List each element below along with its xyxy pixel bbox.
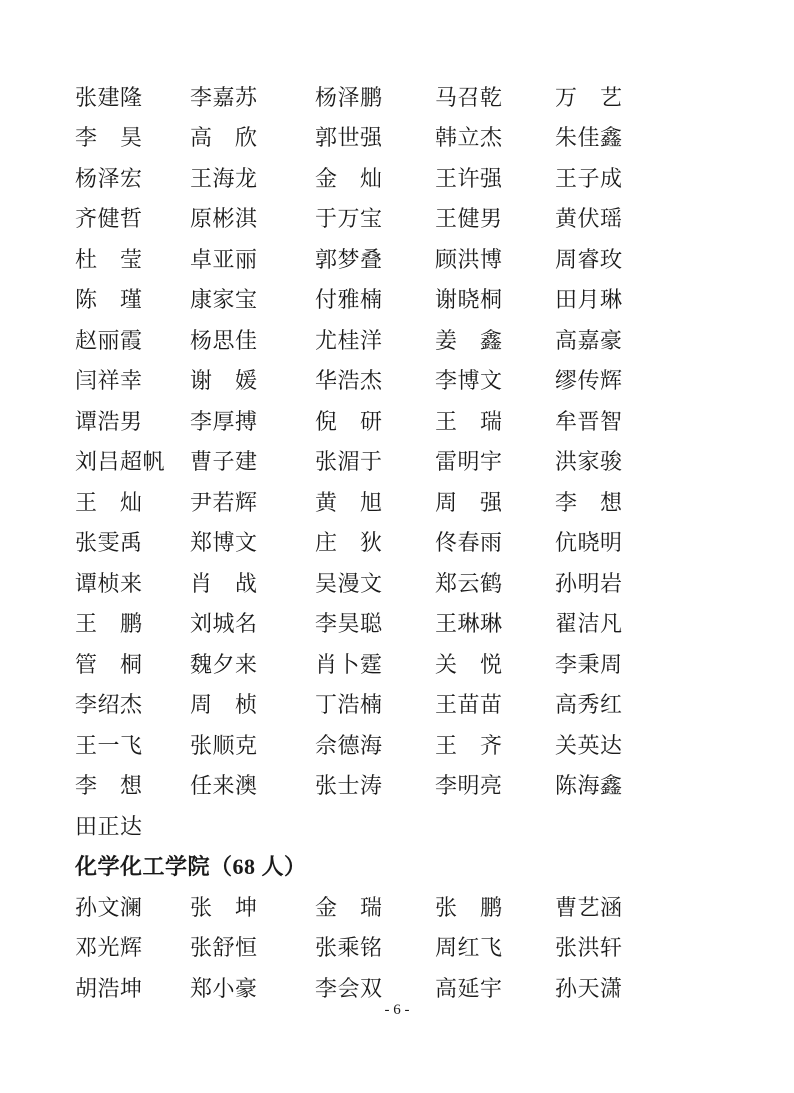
person-name: 谢晓桐 — [435, 283, 555, 314]
person-name: 李 昊 — [75, 121, 190, 152]
person-name: 韩立杰 — [435, 121, 555, 152]
name-row: 刘吕超帆曹子建张湄于雷明宇洪家骏 — [75, 441, 735, 482]
person-name: 金 瑞 — [315, 891, 435, 922]
person-name: 闫祥幸 — [75, 364, 190, 395]
name-row: 杨泽宏王海龙金 灿王许强王子成 — [75, 157, 735, 198]
name-row: 张建隆李嘉苏杨泽鹏马召乾万 艺 — [75, 76, 735, 117]
person-name: 高秀红 — [555, 688, 670, 719]
person-name: 华浩杰 — [315, 364, 435, 395]
person-name: 吴漫文 — [315, 567, 435, 598]
person-name: 王琳琳 — [435, 607, 555, 638]
name-row: 赵丽霞杨思佳尤桂洋姜 鑫高嘉豪 — [75, 319, 735, 360]
person-name: 魏夕来 — [190, 648, 315, 679]
name-row: 齐健哲原彬淇于万宝王健男黄伏瑶 — [75, 198, 735, 239]
name-row: 李 昊高 欣郭世强韩立杰朱佳鑫 — [75, 117, 735, 158]
person-name: 曹子建 — [190, 445, 315, 476]
name-row: 田正达 — [75, 805, 735, 846]
person-name: 周睿玫 — [555, 243, 670, 274]
person-name: 李绍杰 — [75, 688, 190, 719]
person-name: 朱佳鑫 — [555, 121, 670, 152]
person-name: 张雯禹 — [75, 526, 190, 557]
person-name: 陈 瑾 — [75, 283, 190, 314]
person-name: 张湄于 — [315, 445, 435, 476]
person-name: 谢 媛 — [190, 364, 315, 395]
document-content: 张建隆李嘉苏杨泽鹏马召乾万 艺李 昊高 欣郭世强韩立杰朱佳鑫杨泽宏王海龙金 灿王… — [75, 76, 735, 1008]
person-name: 孙天潇 — [555, 972, 670, 1003]
person-name: 胡浩坤 — [75, 972, 190, 1003]
name-row: 王一飞张顺克佘德海王 齐关英达 — [75, 724, 735, 765]
person-name: 姜 鑫 — [435, 324, 555, 355]
person-name: 王健男 — [435, 202, 555, 233]
person-name: 翟洁凡 — [555, 607, 670, 638]
person-name: 洪家骏 — [555, 445, 670, 476]
person-name: 王一飞 — [75, 729, 190, 760]
person-name: 张洪轩 — [555, 931, 670, 962]
person-name: 李会双 — [315, 972, 435, 1003]
person-name: 雷明宇 — [435, 445, 555, 476]
person-name: 张舒恒 — [190, 931, 315, 962]
person-name: 王 灿 — [75, 486, 190, 517]
name-row: 闫祥幸谢 媛华浩杰李博文缪传辉 — [75, 360, 735, 401]
person-name: 康家宝 — [190, 283, 315, 314]
person-name: 孙文澜 — [75, 891, 190, 922]
name-row: 邓光辉张舒恒张乘铭周红飞张洪轩 — [75, 927, 735, 968]
person-name: 关 悦 — [435, 648, 555, 679]
person-name: 金 灿 — [315, 162, 435, 193]
person-name: 王许强 — [435, 162, 555, 193]
person-name: 佘德海 — [315, 729, 435, 760]
person-name: 丁浩楠 — [315, 688, 435, 719]
document-page: 张建隆李嘉苏杨泽鹏马召乾万 艺李 昊高 欣郭世强韩立杰朱佳鑫杨泽宏王海龙金 灿王… — [0, 0, 794, 1093]
person-name: 张顺克 — [190, 729, 315, 760]
person-name: 陈海鑫 — [555, 769, 670, 800]
person-name: 王 鹏 — [75, 607, 190, 638]
person-name: 伉晓明 — [555, 526, 670, 557]
person-name: 刘城名 — [190, 607, 315, 638]
person-name: 王苗苗 — [435, 688, 555, 719]
person-name: 王子成 — [555, 162, 670, 193]
person-name: 王海龙 — [190, 162, 315, 193]
person-name: 刘吕超帆 — [75, 445, 190, 476]
person-name: 庄 狄 — [315, 526, 435, 557]
person-name: 高 欣 — [190, 121, 315, 152]
person-name: 曹艺涵 — [555, 891, 670, 922]
name-row: 谭浩男李厚搏倪 研王 瑞牟晋智 — [75, 400, 735, 441]
person-name: 田月琳 — [555, 283, 670, 314]
person-name: 张建隆 — [75, 81, 190, 112]
person-name: 关英达 — [555, 729, 670, 760]
person-name: 郭世强 — [315, 121, 435, 152]
person-name: 王 瑞 — [435, 405, 555, 436]
person-name: 李 想 — [555, 486, 670, 517]
person-name: 李博文 — [435, 364, 555, 395]
person-name: 周 桢 — [190, 688, 315, 719]
person-name: 尤桂洋 — [315, 324, 435, 355]
name-rows-top: 张建隆李嘉苏杨泽鹏马召乾万 艺李 昊高 欣郭世强韩立杰朱佳鑫杨泽宏王海龙金 灿王… — [75, 76, 735, 846]
person-name: 张 坤 — [190, 891, 315, 922]
person-name: 管 桐 — [75, 648, 190, 679]
person-name: 张 鹏 — [435, 891, 555, 922]
person-name: 李秉周 — [555, 648, 670, 679]
name-row: 陈 瑾康家宝付雅楠谢晓桐田月琳 — [75, 279, 735, 320]
person-name: 李昊聪 — [315, 607, 435, 638]
person-name: 邓光辉 — [75, 931, 190, 962]
person-name: 郑小豪 — [190, 972, 315, 1003]
person-name: 齐健哲 — [75, 202, 190, 233]
person-name: 郑博文 — [190, 526, 315, 557]
section-header: 化学化工学院（68 人） — [75, 850, 307, 881]
person-name: 郑云鹤 — [435, 567, 555, 598]
page-number: - 6 - — [0, 1002, 794, 1019]
person-name: 赵丽霞 — [75, 324, 190, 355]
person-name: 付雅楠 — [315, 283, 435, 314]
person-name: 杨泽宏 — [75, 162, 190, 193]
person-name: 黄 旭 — [315, 486, 435, 517]
person-name: 马召乾 — [435, 81, 555, 112]
person-name: 周 强 — [435, 486, 555, 517]
person-name: 牟晋智 — [555, 405, 670, 436]
person-name: 杜 莹 — [75, 243, 190, 274]
name-row: 谭桢来肖 战吴漫文郑云鹤孙明岩 — [75, 562, 735, 603]
person-name: 谭浩男 — [75, 405, 190, 436]
person-name: 张乘铭 — [315, 931, 435, 962]
person-name: 肖 战 — [190, 567, 315, 598]
person-name: 万 艺 — [555, 81, 670, 112]
name-row: 李 想任来澳张士涛李明亮陈海鑫 — [75, 765, 735, 806]
name-row: 王 鹏刘城名李昊聪王琳琳翟洁凡 — [75, 603, 735, 644]
person-name: 高延宇 — [435, 972, 555, 1003]
person-name: 顾洪博 — [435, 243, 555, 274]
person-name: 李嘉苏 — [190, 81, 315, 112]
name-rows-section: 孙文澜张 坤金 瑞张 鹏曹艺涵邓光辉张舒恒张乘铭周红飞张洪轩胡浩坤郑小豪李会双高… — [75, 886, 735, 1008]
person-name: 李厚搏 — [190, 405, 315, 436]
person-name: 张士涛 — [315, 769, 435, 800]
name-row: 李绍杰周 桢丁浩楠王苗苗高秀红 — [75, 684, 735, 725]
person-name: 孙明岩 — [555, 567, 670, 598]
name-row: 孙文澜张 坤金 瑞张 鹏曹艺涵 — [75, 886, 735, 927]
person-name: 高嘉豪 — [555, 324, 670, 355]
person-name: 杨泽鹏 — [315, 81, 435, 112]
section-header-row: 化学化工学院（68 人） — [75, 846, 735, 887]
person-name: 周红飞 — [435, 931, 555, 962]
person-name: 佟春雨 — [435, 526, 555, 557]
name-row: 王 灿尹若辉黄 旭周 强李 想 — [75, 481, 735, 522]
person-name: 倪 研 — [315, 405, 435, 436]
person-name: 黄伏瑶 — [555, 202, 670, 233]
person-name: 王 齐 — [435, 729, 555, 760]
person-name: 谭桢来 — [75, 567, 190, 598]
person-name: 尹若辉 — [190, 486, 315, 517]
person-name: 郭梦叠 — [315, 243, 435, 274]
person-name: 任来澳 — [190, 769, 315, 800]
person-name: 缪传辉 — [555, 364, 670, 395]
person-name: 肖卜霆 — [315, 648, 435, 679]
person-name: 杨思佳 — [190, 324, 315, 355]
name-row: 杜 莹卓亚丽郭梦叠顾洪博周睿玫 — [75, 238, 735, 279]
person-name: 李明亮 — [435, 769, 555, 800]
name-row: 管 桐魏夕来肖卜霆关 悦李秉周 — [75, 643, 735, 684]
person-name: 田正达 — [75, 810, 190, 841]
person-name: 原彬淇 — [190, 202, 315, 233]
person-name: 李 想 — [75, 769, 190, 800]
person-name: 于万宝 — [315, 202, 435, 233]
person-name: 卓亚丽 — [190, 243, 315, 274]
name-row: 张雯禹郑博文庄 狄佟春雨伉晓明 — [75, 522, 735, 563]
